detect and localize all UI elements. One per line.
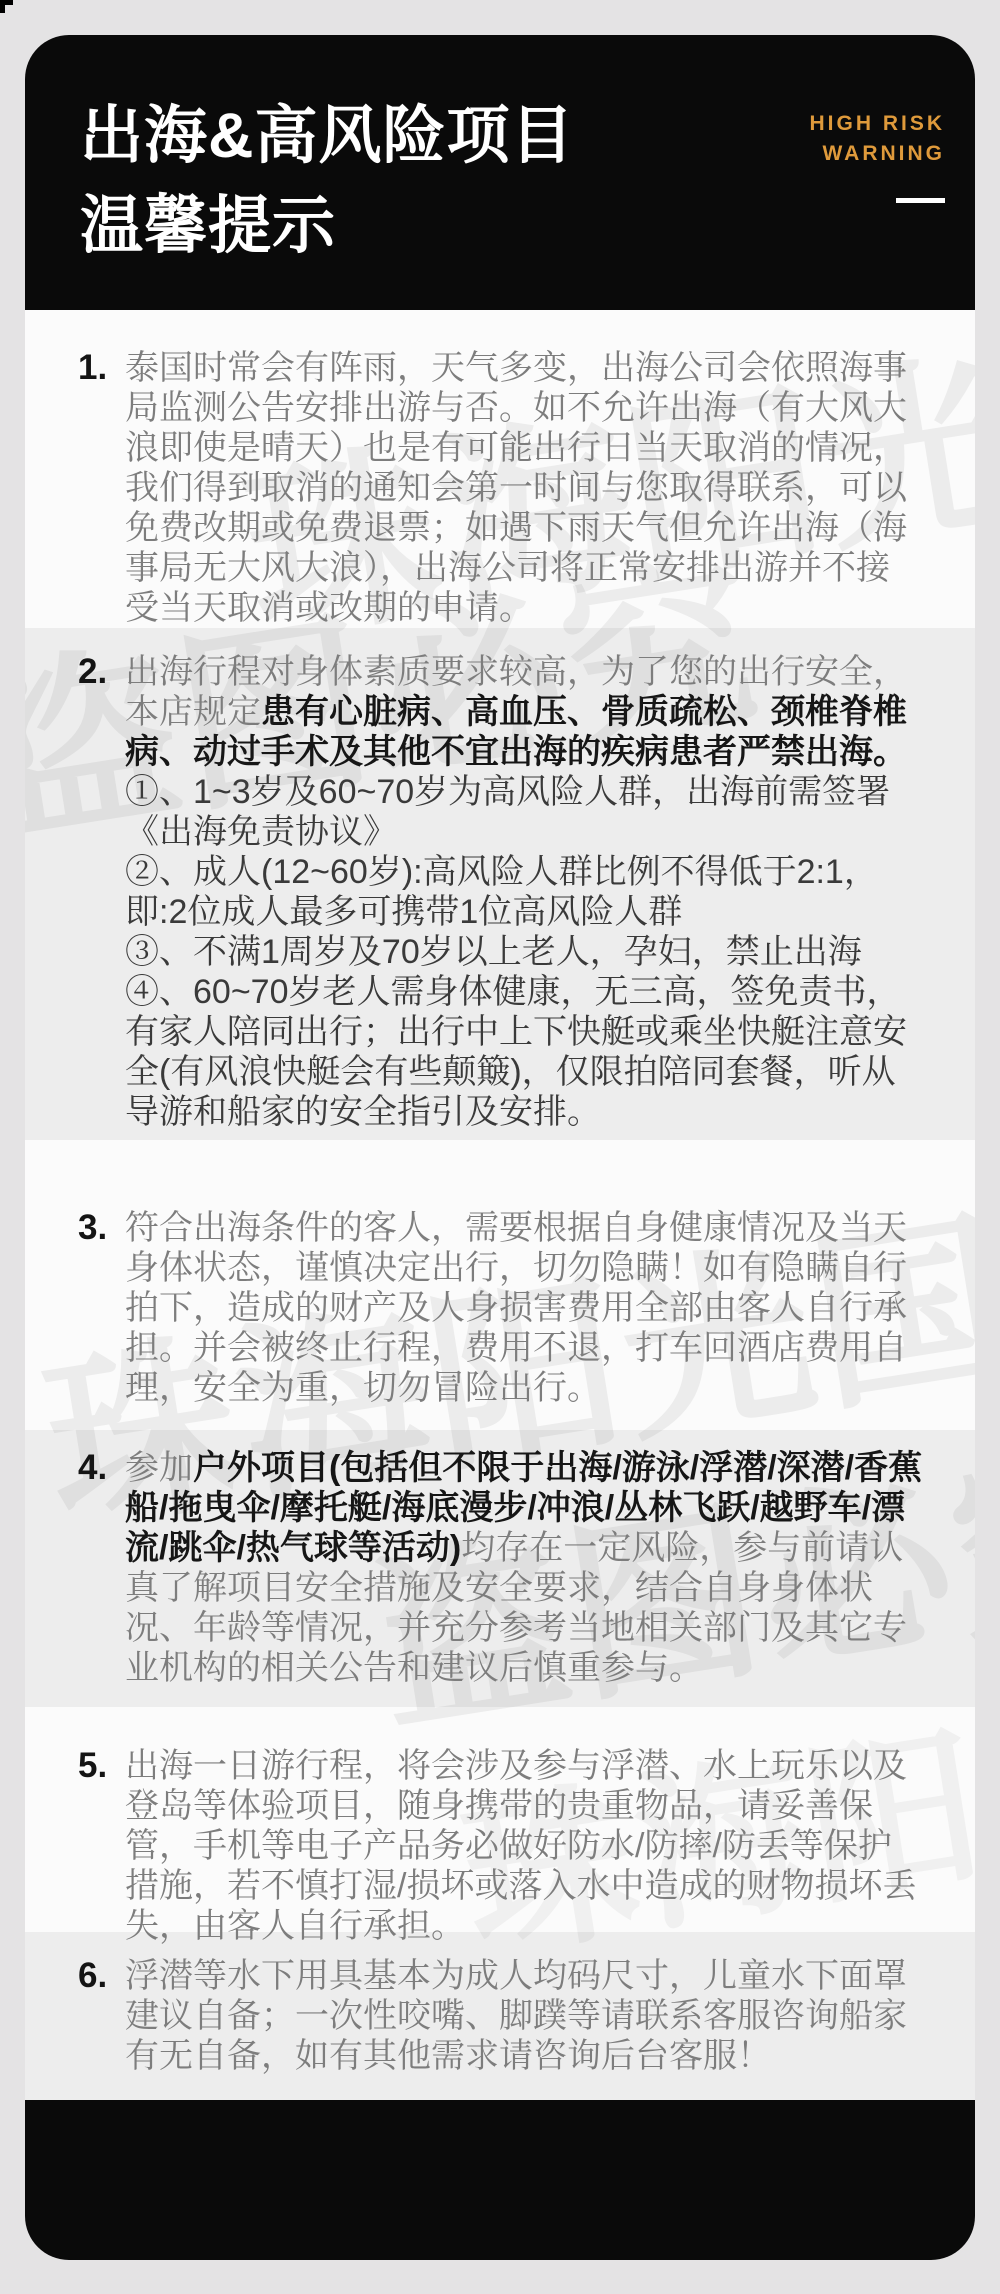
list-item: 5. 出海一日游行程，将会涉及参与浮潜、水上玩乐以及登岛等体验项目，随身携带的贵… (78, 1746, 923, 1946)
section-item-6: 6. 浮潜等水下用具基本为成人均码尺寸，儿童水下面罩建议自备；一次性咬嘴、脚蹼等… (25, 1932, 975, 2100)
section-item-4: 4. 参加户外项目(包括但不限于出海/游泳/浮潜/深潜/香蕉船/拖曳伞/摩托艇/… (25, 1430, 975, 1707)
item-number: 2. (78, 652, 120, 692)
item-text: 出海一日游行程，将会涉及参与浮潜、水上玩乐以及登岛等体验项目，随身携带的贵重物品… (125, 1746, 923, 1946)
item-2-subitem-3: ③、不满1周岁及70岁以上老人，孕妇，禁止出海 (125, 932, 923, 972)
header-dash-decoration (896, 198, 945, 203)
item-text: 浮潜等水下用具基本为成人均码尺寸，儿童水下面罩建议自备；一次性咬嘴、脚蹼等请联系… (125, 1956, 923, 2076)
item-2-subitem-1: ①、1~3岁及60~70岁为高风险人群，出海前需签署《出海免责协议》 (125, 772, 923, 852)
list-item: 4. 参加户外项目(包括但不限于出海/游泳/浮潜/深潜/香蕉船/拖曳伞/摩托艇/… (78, 1448, 923, 1688)
page-title-line2: 温馨提示 (80, 181, 575, 271)
item-2-subitem-4: ④、60~70岁老人需身体健康，无三高，签免责书，有家人陪同出行；出行中上下快艇… (125, 972, 923, 1132)
section-item-5: 5. 出海一日游行程，将会涉及参与浮潜、水上玩乐以及登岛等体验项目，随身携带的贵… (25, 1707, 975, 1932)
list-item: 6. 浮潜等水下用具基本为成人均码尺寸，儿童水下面罩建议自备；一次性咬嘴、脚蹼等… (78, 1956, 923, 2076)
list-item: 1. 泰国时常会有阵雨，天气多变，出海公司会依照海事局监测公告安排出游与否。如不… (78, 348, 923, 628)
header-banner: 出海&高风险项目 温馨提示 HIGH RISK WARNING (25, 35, 975, 310)
page-corner-crop-mark (0, 0, 13, 13)
item-4-pre: 参加 (125, 1449, 193, 1487)
section-item-3: 3. 符合出海条件的客人，需要根据自身健康情况及当天身体状态，谨慎决定出行，切勿… (25, 1140, 975, 1430)
section-item-2: 2. 出海行程对身体素质要求较高，为了您的出行安全，本店规定患有心脏病、高血压、… (25, 628, 975, 1140)
item-text: 参加户外项目(包括但不限于出海/游泳/浮潜/深潜/香蕉船/拖曳伞/摩托艇/海底漫… (125, 1448, 923, 1688)
high-risk-warning-badge: HIGH RISK WARNING (809, 109, 945, 169)
item-number: 1. (78, 348, 120, 388)
footer-banner (25, 2100, 975, 2260)
item-text: 出海行程对身体素质要求较高，为了您的出行安全，本店规定患有心脏病、高血压、骨质疏… (125, 652, 923, 1132)
badge-line1: HIGH RISK (809, 109, 945, 139)
item-number: 6. (78, 1956, 120, 1996)
item-2-subitem-2: ②、成人(12~60岁):高风险人群比例不得低于2:1，即:2位成人最多可携带1… (125, 852, 923, 932)
item-number: 4. (78, 1448, 120, 1488)
list-item: 3. 符合出海条件的客人，需要根据自身健康情况及当天身体状态，谨慎决定出行，切勿… (78, 1208, 923, 1408)
item-number: 5. (78, 1746, 120, 1786)
page-title-line1: 出海&高风险项目 (80, 91, 575, 181)
page-title: 出海&高风险项目 温馨提示 (80, 91, 575, 271)
list-item: 2. 出海行程对身体素质要求较高，为了您的出行安全，本店规定患有心脏病、高血压、… (78, 652, 923, 1132)
badge-line2: WARNING (809, 139, 945, 169)
notice-card: 出海&高风险项目 温馨提示 HIGH RISK WARNING 1. 泰国时常会… (25, 35, 975, 2260)
item-text: 泰国时常会有阵雨，天气多变，出海公司会依照海事局监测公告安排出游与否。如不允许出… (125, 348, 923, 628)
section-item-1: 1. 泰国时常会有阵雨，天气多变，出海公司会依照海事局监测公告安排出游与否。如不… (25, 310, 975, 628)
item-2-lead-paragraph: 出海行程对身体素质要求较高，为了您的出行安全，本店规定患有心脏病、高血压、骨质疏… (125, 652, 923, 772)
item-text: 符合出海条件的客人，需要根据自身健康情况及当天身体状态，谨慎决定出行，切勿隐瞒！… (125, 1208, 923, 1408)
item-number: 3. (78, 1208, 120, 1248)
